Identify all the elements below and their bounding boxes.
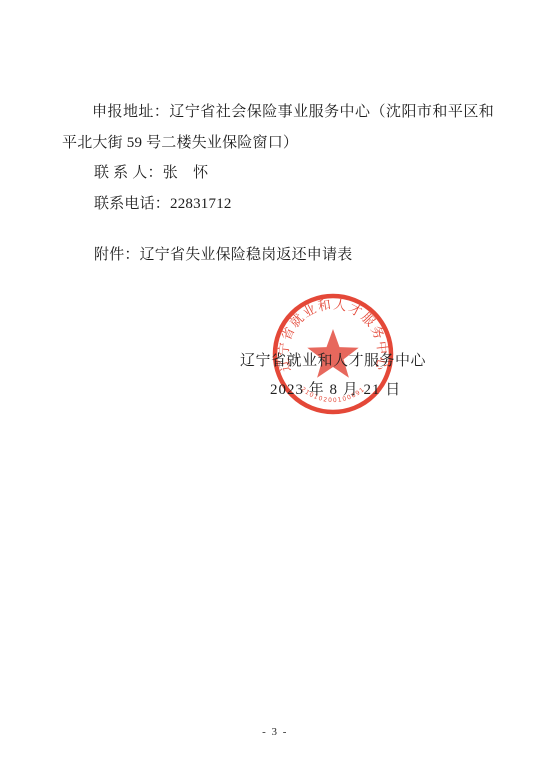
contact-person-line: 联 系 人：张 怀 [94,158,208,189]
signature-organization: 辽宁省就业和人才服务中心 [240,352,426,370]
contact-phone-line: 联系电话：22831712 [94,189,232,220]
signature-date: 2023 年 8 月 21 日 [270,381,401,399]
document-page: 申报地址：辽宁省社会保险事业服务中心（沈阳市和平区和平北大街 59 号二楼失业保… [0,0,550,777]
attachment-line: 附件：辽宁省失业保险稳岗返还申请表 [94,240,352,271]
page-number: - 3 - [0,726,550,738]
address-paragraph: 申报地址：辽宁省社会保险事业服务中心（沈阳市和平区和平北大街 59 号二楼失业保… [62,97,494,159]
